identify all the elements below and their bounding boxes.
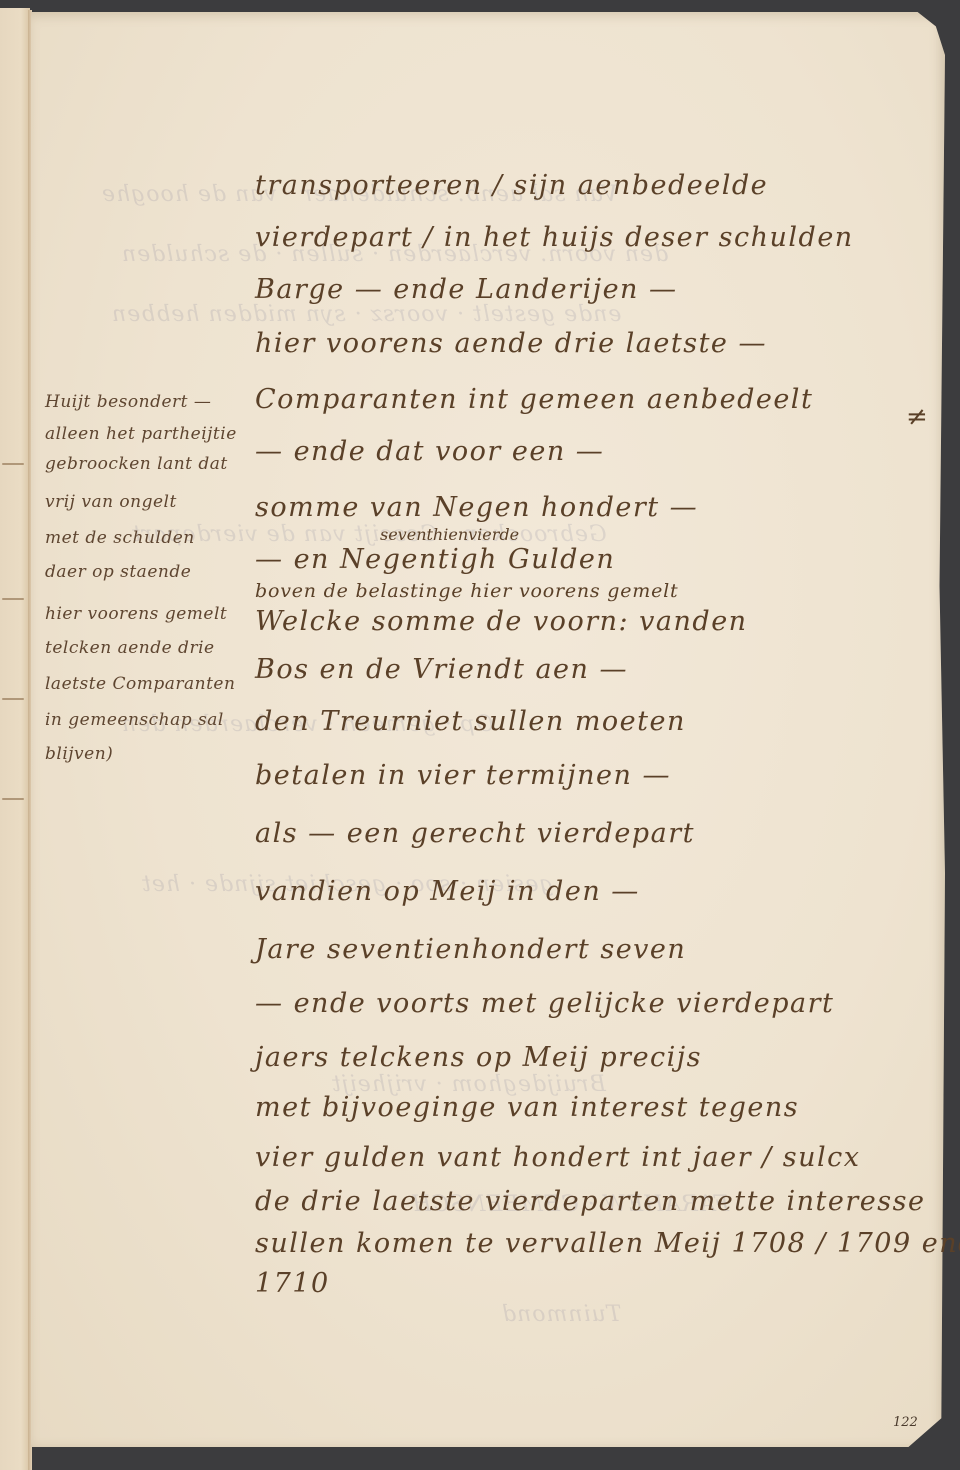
margin-reference-mark: ≠: [906, 402, 928, 432]
facing-page-edge: [0, 8, 30, 1470]
interlinear-insertion: seventhienvierde: [380, 525, 519, 544]
text-line: betalen in vier termijnen —: [255, 760, 671, 791]
text-line: vierdepart / in het huijs deser schulden: [255, 222, 854, 253]
text-line: Barge — ende Landerijen —: [255, 274, 678, 305]
text-line: transporteeren / sijn aenbedeelde: [255, 170, 768, 201]
text-line: vier gulden vant hondert int jaer / sulc…: [255, 1142, 861, 1173]
margin-line: alleen het partheijtie: [45, 424, 237, 444]
margin-line: Huijt besondert —: [45, 392, 211, 412]
text-line: vandien op Meij in den —: [255, 876, 640, 907]
text-line: als — een gerecht vierdepart: [255, 818, 695, 849]
text-line: sullen komen te vervallen Meij 1708 / 17…: [255, 1228, 960, 1259]
text-line: jaers telckens op Meij precijs: [255, 1042, 702, 1073]
margin-line: telcken aende drie: [45, 638, 215, 658]
bleed-through-text: ende gestelt · voorsz · syn midden hebbe…: [111, 302, 621, 327]
margin-line: daer op staende: [45, 562, 191, 582]
text-line: Jare seventienhondert seven: [255, 934, 686, 965]
margin-line: vrij van ongelt: [45, 492, 177, 512]
text-line: hier voorens aende drie laetste —: [255, 328, 767, 359]
ink-fragment: [2, 463, 24, 465]
margin-line: met de schulden: [45, 528, 195, 548]
bleed-through-text: Tuinmond: [501, 1302, 621, 1327]
text-line: Welcke somme de voorn: vanden: [255, 606, 748, 637]
ink-fragment: [2, 598, 24, 600]
text-line: — en Negentigh Gulden: [255, 544, 615, 575]
text-line: de drie laetste vierdeparten mette inter…: [255, 1186, 925, 1217]
text-line: — ende voorts met gelijcke vierdepart: [255, 988, 834, 1019]
ink-fragment: [2, 698, 24, 700]
margin-line: hier voorens gemelt: [45, 604, 227, 624]
margin-line: blijven): [45, 744, 113, 764]
folio-number: 122: [893, 1415, 918, 1430]
text-line: den Treurniet sullen moeten: [255, 706, 686, 737]
text-line: — ende dat voor een —: [255, 436, 604, 467]
text-line: 1710: [255, 1268, 330, 1299]
text-line: Bos en de Vriendt aen —: [255, 654, 628, 685]
text-line: somme van Negen hondert —: [255, 492, 698, 523]
text-line: Comparanten int gemeen aenbedeelt: [255, 384, 813, 415]
text-line: met bijvoeginge van interest tegens: [255, 1092, 799, 1123]
ink-fragment: [2, 798, 24, 800]
text-line-small: boven de belastinge hier voorens gemelt: [255, 580, 678, 602]
margin-line: in gemeenschap sal: [45, 710, 224, 730]
margin-line: laetste Comparanten: [45, 674, 235, 694]
margin-line: gebroocken lant dat: [45, 454, 228, 474]
